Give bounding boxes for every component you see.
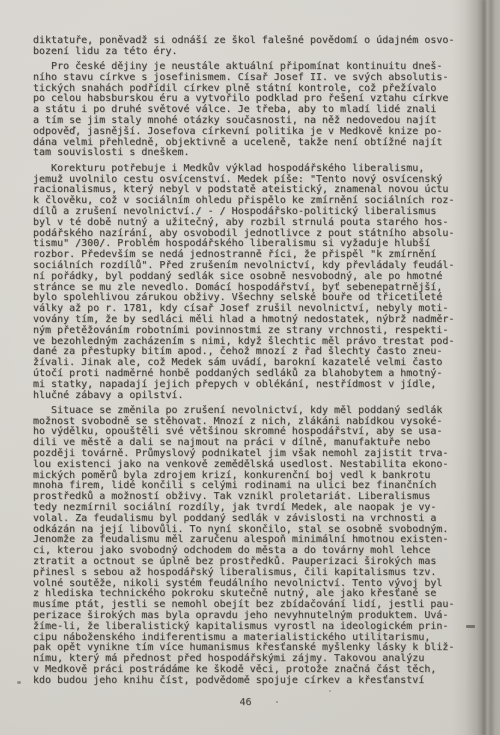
page-text-block: diktatuře, poněvadž si odnáší ze škol fa… xyxy=(33,36,473,687)
scan-speckle xyxy=(466,625,475,628)
paragraph-2: Pro české dějiny je neustále aktuální př… xyxy=(33,62,473,159)
scan-speckle xyxy=(329,690,331,692)
paragraph-4: Situace se změnila po zrušení nevolnictv… xyxy=(33,406,473,687)
paragraph-1: diktatuře, poněvadž si odnáší ze škol fa… xyxy=(33,36,473,58)
scan-gutter-streak xyxy=(483,0,486,735)
paragraph-3: Korekturu potřebuje i Medkův výklad hosp… xyxy=(33,164,473,402)
scan-speckle xyxy=(17,681,21,684)
scanned-page: diktatuře, poněvadž si odnáší ze škol fa… xyxy=(0,0,500,735)
scan-gutter-shadow xyxy=(452,0,500,735)
scan-speckle xyxy=(276,701,278,703)
page-number: 46 xyxy=(33,697,458,708)
